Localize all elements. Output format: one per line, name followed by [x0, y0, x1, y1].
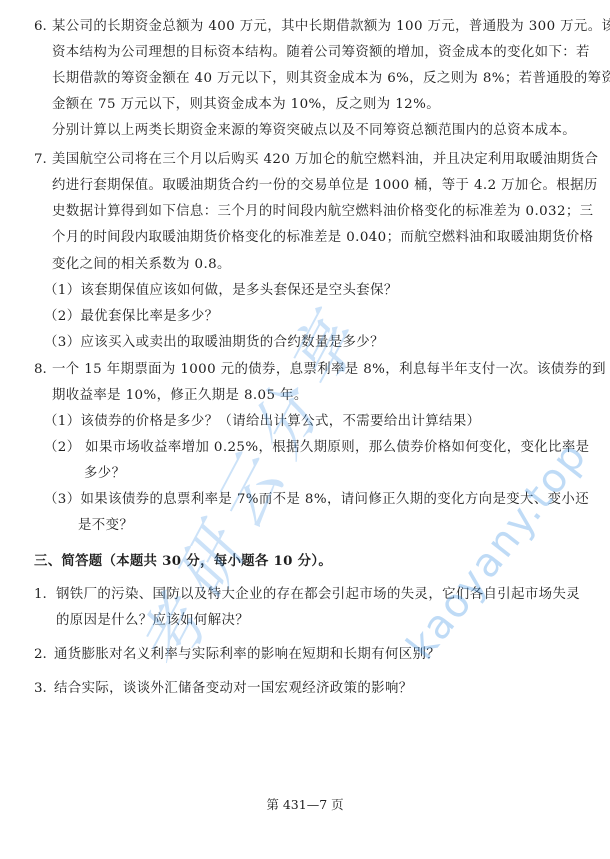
section-3-item-2-number: 2. [34, 646, 47, 664]
question-7-line-4: 个月的时间段内取暖油期货价格变化的标准差是 0.040；而航空燃料油和取暖油期货… [52, 229, 593, 247]
question-6-line-1: 某公司的长期资金总额为 400 万元，其中长期借款额为 100 万元，普通股为 … [52, 18, 610, 36]
section-3-item-3-line-1: 结合实际，谈谈外汇储备变动对一国宏观经济政策的影响？ [54, 680, 413, 698]
page-number-footer: 第 431—7 页 [0, 795, 610, 813]
question-8-sub-2-cont: 多少？ [84, 465, 125, 483]
question-8-sub-2: （2） 如果市场收益率增加 0.25%，根据久期原则，那么债券价格如何变化，变化… [44, 439, 589, 457]
question-7-sub-3: （3）应该买入或卖出的取暖油期货的合约数量是多少？ [44, 334, 384, 352]
exam-page: 6. 某公司的长期资金总额为 400 万元，其中长期借款额为 100 万元，普通… [0, 0, 610, 859]
question-8-line-1: 一个 15 年期票面为 1000 元的债券，息票利率是 8%，利息每半年支付一次… [52, 361, 606, 379]
question-8-sub-1: （1）该债券的价格是多少？（请给出计算公式，不需要给出计算结果） [44, 413, 480, 431]
section-3-heading: 三、简答题（本题共 30 分，每小题各 10 分）。 [34, 552, 332, 570]
section-3-item-2-line-1: 通货膨胀对名义利率与实际利率的影响在短期和长期有何区别？ [54, 646, 440, 664]
watermark-url: kaoyany.top [398, 433, 596, 669]
question-6-line-3: 长期借款的筹资金额在 40 万元以下，则其资金成本为 6%，反之则为 8%；若普… [52, 70, 610, 88]
question-8-line-2: 期收益率是 10%，修正久期是 8.05 年。 [52, 387, 308, 405]
section-3-item-1-number: 1. [34, 586, 47, 604]
section-3-item-3-number: 3. [34, 680, 47, 698]
question-8-sub-3: （3）如果该债券的息票利率是 7%而不是 8%，请问修正久期的变化方向是变大、变… [44, 491, 589, 509]
question-6-line-2: 资本结构为公司理想的目标资本结构。随着公司筹资额的增加，资金成本的变化如下：若 [52, 44, 590, 62]
question-8-number: 8. [34, 361, 47, 379]
question-7-sub-2: （2）最优套保比率是多少？ [44, 308, 218, 326]
question-7-number: 7. [34, 151, 47, 169]
question-8-sub-3-cont: 是不变？ [78, 517, 133, 535]
question-6-line-4: 金额在 75 万元以下，则其资金成本为 10%，反之则为 12%。 [52, 96, 440, 114]
question-6-number: 6. [34, 18, 47, 36]
section-3-item-1-line-1: 钢铁厂的污染、国防以及特大企业的存在都会引起市场的失灵，它们各自引起市场失灵 [56, 586, 580, 604]
question-7-line-3: 史数据计算得到如下信息：三个月的时间段内航空燃料油价格变化的标准差为 0.032… [52, 203, 593, 221]
question-7-line-2: 约进行套期保值。取暖油期货合约一份的交易单位是 1000 桶，等于 4.2 万加… [52, 177, 598, 195]
question-7-sub-1: （1）该套期保值应该如何做，是多头套保还是空头套保？ [44, 282, 398, 300]
question-6-line-5: 分别计算以上两类长期资金来源的筹资突破点以及不同筹资总额范围内的总资本成本。 [52, 122, 576, 140]
question-7-line-5: 变化之间的相关系数为 0.8。 [52, 256, 231, 274]
question-7-line-1: 美国航空公司将在三个月以后购买 420 万加仑的航空燃料油，并且决定利用取暖油期… [52, 151, 598, 169]
section-3-item-1-line-2: 的原因是什么？应该如何解决？ [56, 612, 249, 630]
